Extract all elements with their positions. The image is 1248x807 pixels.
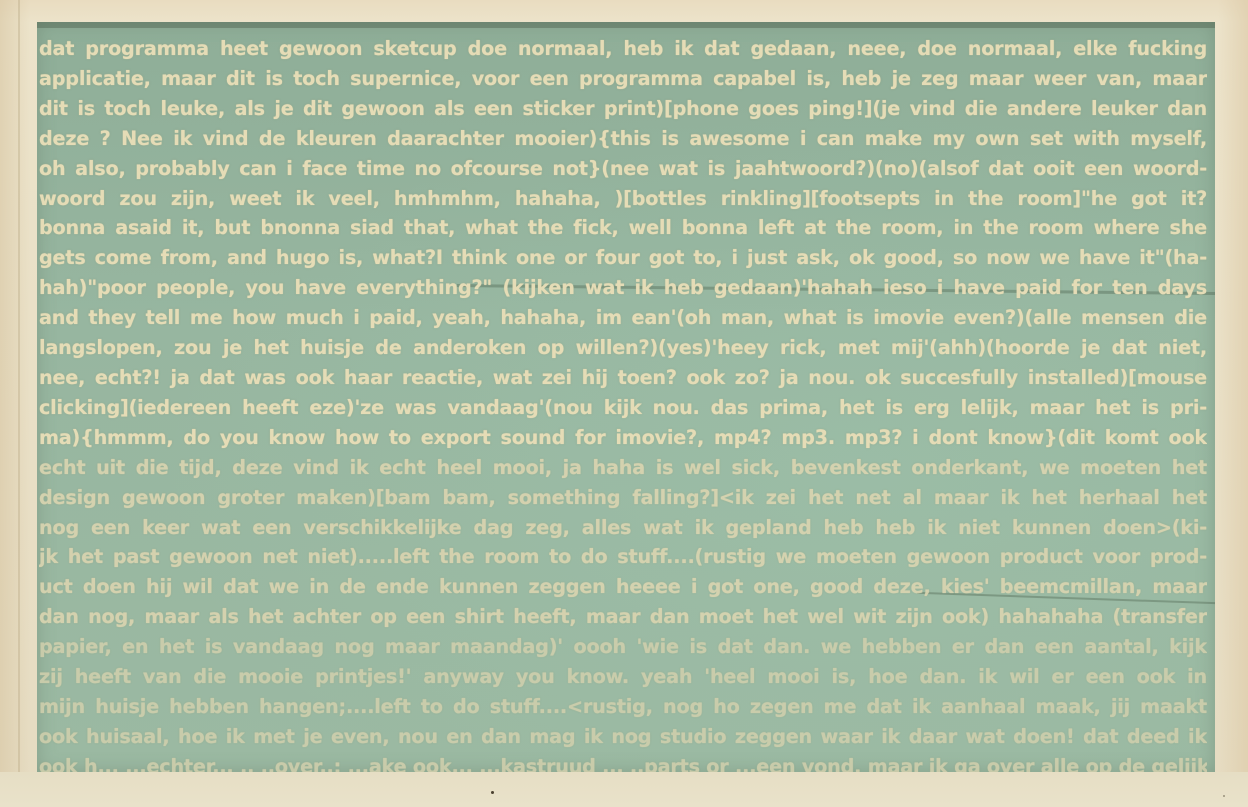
text-line: papier, en het is vandaag nog maar maand… xyxy=(39,632,1207,662)
text-line: ook h... ...echter... .. ..over..; ...ak… xyxy=(39,752,1207,772)
text-line: echt uit die tijd, deze vind ik echt hee… xyxy=(39,453,1207,483)
text-line: nee, echt?! ja dat was ook haar reactie,… xyxy=(39,363,1207,393)
text-line: woord zou zijn, weet ik veel, hmhmhm, ha… xyxy=(39,184,1207,214)
text-line: and they tell me how much i paid, yeah, … xyxy=(39,303,1207,333)
paper-bottom-margin xyxy=(0,772,1248,807)
paper-fold-line xyxy=(18,0,20,807)
text-line: mijn huisje hebben hangen;....left to do… xyxy=(39,692,1207,722)
text-line: deze ? Nee ik vind de kleuren daarachter… xyxy=(39,124,1207,154)
paper-speck xyxy=(1223,795,1225,797)
green-print-panel: dat programma heet gewoon sketcup doe no… xyxy=(37,22,1215,772)
text-line: clicking](iedereen heeft eze)'ze was van… xyxy=(39,393,1207,423)
text-line: dat programma heet gewoon sketcup doe no… xyxy=(39,34,1207,64)
paper-speck xyxy=(491,791,494,794)
text-line: gets come from, and hugo is, what?I thin… xyxy=(39,243,1207,273)
text-line: dan nog, maar als het achter op een shir… xyxy=(39,602,1207,632)
text-line: hah)"poor people, you have everything?" … xyxy=(39,273,1207,303)
transcript-text-block: dat programma heet gewoon sketcup doe no… xyxy=(39,34,1207,772)
text-line: nog een keer wat een verschikkelijke dag… xyxy=(39,513,1207,543)
text-line: ma){hmmm, do you know how to export soun… xyxy=(39,423,1207,453)
text-line: oh also, probably can i face time no ofc… xyxy=(39,154,1207,184)
text-line: bonna asaid it, but bnonna siad that, wh… xyxy=(39,213,1207,243)
text-line: applicatie, maar dit is toch supernice, … xyxy=(39,64,1207,94)
text-line: ook huisaal, hoe ik met je even, nou en … xyxy=(39,722,1207,752)
text-line: zij heeft van die mooie printjes!' anywa… xyxy=(39,662,1207,692)
text-line: uct doen hij wil dat we in de ende kunne… xyxy=(39,572,1207,602)
panel-top-edge xyxy=(37,22,1215,28)
text-line: jk het past gewoon net niet).....left th… xyxy=(39,542,1207,572)
text-line: dit is toch leuke, als je dit gewoon als… xyxy=(39,94,1207,124)
text-line: design gewoon groter maken)[bam bam, som… xyxy=(39,483,1207,513)
text-line: langslopen, zou je het huisje de anderok… xyxy=(39,333,1207,363)
